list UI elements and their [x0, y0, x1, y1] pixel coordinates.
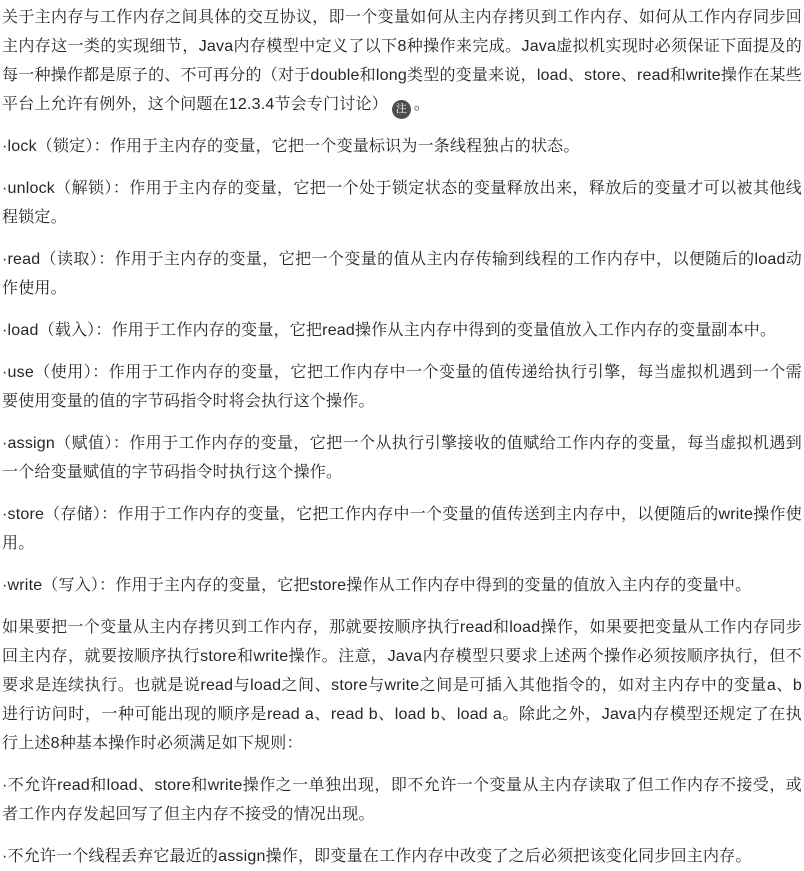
footnote-note-badge[interactable]: 注 [392, 100, 411, 119]
paragraph-rule-assign-discard: ·不允许一个线程丢弃它最近的assign操作，即变量在工作内存中改变了之后必须把… [2, 842, 802, 871]
paragraph-op-read: ·read（读取）：作用于主内存的变量，它把一个变量的值从主内存传输到线程的工作… [2, 245, 802, 303]
paragraph-op-assign: ·assign（赋值）：作用于工作内存的变量，它把一个从执行引擎接收的值赋给工作… [2, 429, 802, 487]
paragraph-sequence-rules: 如果要把一个变量从主内存拷贝到工作内存，那就要按顺序执行read和load操作，… [2, 613, 802, 758]
paragraph-op-load: ·load（载入）：作用于工作内存的变量，它把read操作从主内存中得到的变量值… [2, 316, 802, 345]
intro-text: 关于主内存与工作内存之间具体的交互协议，即一个变量如何从主内存拷贝到工作内存、如… [2, 9, 802, 113]
paragraph-op-use: ·use（使用）：作用于工作内存的变量，它把工作内存中一个变量的值传递给执行引擎… [2, 358, 802, 416]
paragraph-op-lock: ·lock（锁定）：作用于主内存的变量，它把一个变量标识为一条线程独占的状态。 [2, 132, 802, 161]
intro-paragraph: 关于主内存与工作内存之间具体的交互协议，即一个变量如何从主内存拷贝到工作内存、如… [2, 3, 802, 119]
book-page: 关于主内存与工作内存之间具体的交互协议，即一个变量如何从主内存拷贝到工作内存、如… [0, 0, 804, 871]
paragraph-op-unlock: ·unlock（解锁）：作用于主内存的变量，它把一个处于锁定状态的变量释放出来，… [2, 174, 802, 232]
intro-period: 。 [414, 96, 430, 113]
paragraph-op-store: ·store（存储）：作用于工作内存的变量，它把工作内存中一个变量的值传送到主内… [2, 500, 802, 558]
paragraph-rule-read-load-store-write: ·不允许read和load、store和write操作之一单独出现，即不允许一个… [2, 771, 802, 829]
paragraph-op-write: ·write（写入）：作用于主内存的变量，它把store操作从工作内存中得到的变… [2, 571, 802, 600]
